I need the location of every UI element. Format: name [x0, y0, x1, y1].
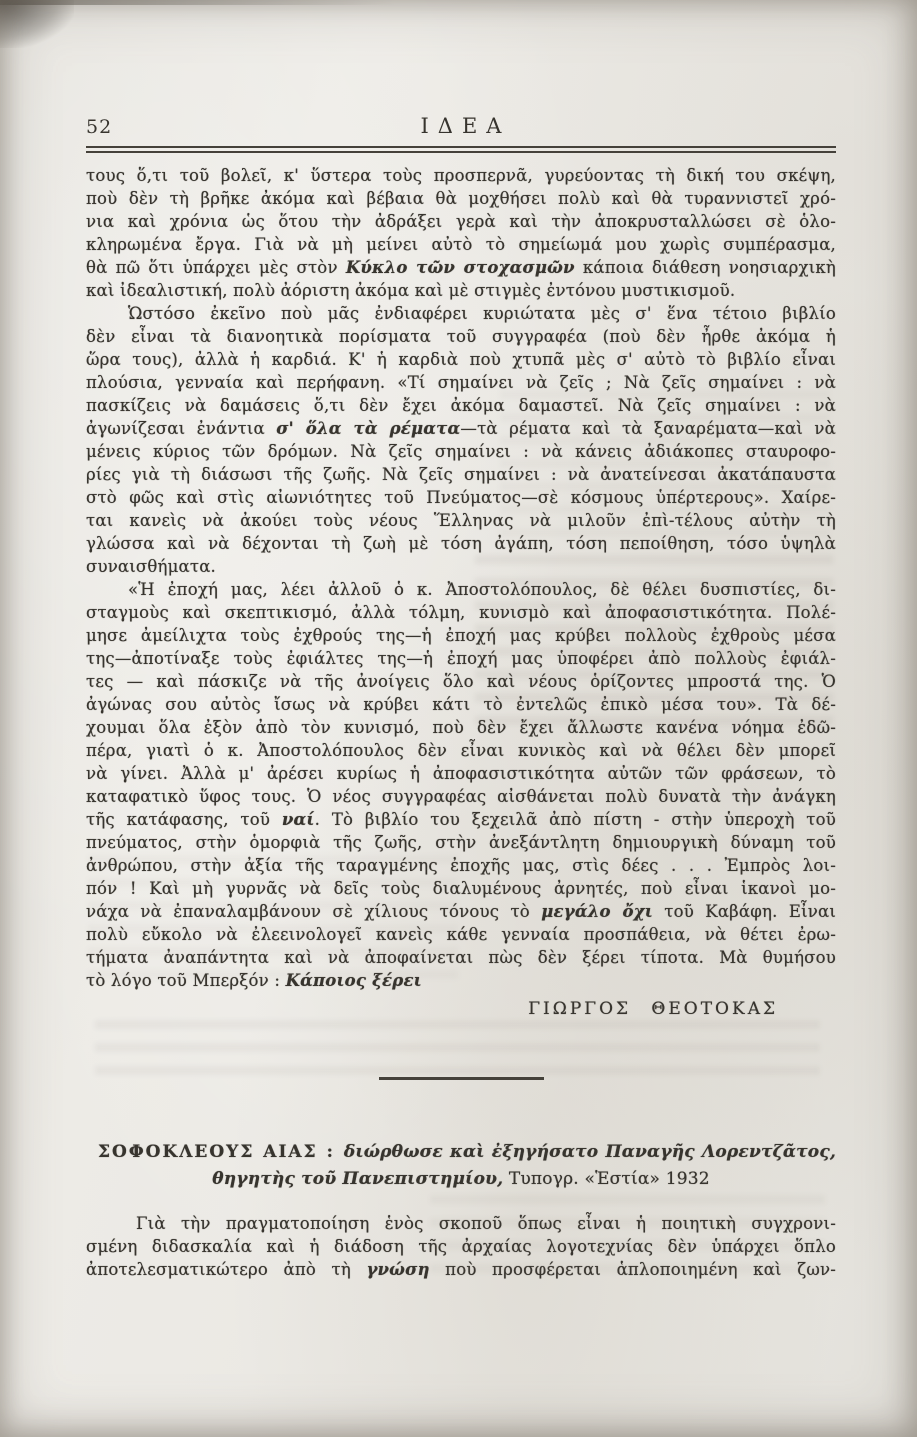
text-segment: τες — καὶ πάσκιζε νὰ τῆς ἀνοίγεις ὅλο κα…	[86, 672, 836, 691]
text-line: ὥρα τους), ἀλλὰ ἡ καρδιά. Κ' ἡ καρδιὰ πο…	[86, 348, 836, 371]
text-segment: νὰ γίνει. Ἀλλὰ μ' ἀρέσει κυρίως ἡ ἀποφασ…	[86, 764, 836, 783]
text-line: ρίες γιὰ τὴ διάσωσι τῆς ζωῆς. Νὰ ζεῖς ση…	[86, 463, 836, 486]
scanned-journal-page: 52 ΙΔΕΑ τους ὅ,τι τοῦ βολεῖ, κ' ὕστερα τ…	[0, 0, 917, 1437]
text-line: καὶ ἰδεαλιστική, πολὺ ἀόριστη ἀκόμα καὶ …	[86, 279, 836, 302]
text-segment: ποὺ δὲν τὴ βρῆκε ἀκόμα καὶ βέβαια θὰ μοχ…	[86, 189, 836, 208]
text-line: νάχα νὰ ἐπαναλαμβάνουν σὲ χίλιους τόνους…	[86, 900, 836, 923]
text-segment: ται κανεὶς νὰ ἀκούει τοὺς νέους Ἕλληνας …	[86, 511, 836, 530]
text-line: συναισθήματα.	[86, 555, 836, 578]
text-line: θὰ πῶ ὅτι ὑπάρχει μὲς στὸν Κύκλο τῶν στο…	[86, 256, 836, 279]
text-line: πόν ! Καὶ μὴ γυρνᾶς νὰ δεῖς τοὺς διαλυμέ…	[86, 877, 836, 900]
text-segment: μεγάλο ὄχι	[541, 902, 653, 921]
text-line: πολὺ εὔκολο νὰ ἐλεεινολογεῖ κανεὶς κάθε …	[86, 923, 836, 946]
text-line: χουμαι ὅλα ἐξὸν ἀπὸ τὸν κυνισμό, ποὺ δὲν…	[86, 716, 836, 739]
text-segment: γνώση	[366, 1260, 429, 1279]
text-segment: πόν ! Καὶ μὴ γυρνᾶς νὰ δεῖς τοὺς διαλυμέ…	[86, 879, 836, 898]
text-segment: ναί	[282, 810, 315, 829]
text-segment: σ' ὅλα τὰ ρέματα	[276, 419, 460, 438]
text-segment: μησε ἀμείλιχτα τοὺς ἐχθρούς της—ἡ ἐποχή …	[86, 626, 836, 645]
review-body: Γιὰ τὴν πραγματοποίηση ἑνὸς σκοποῦ ὅπως …	[86, 1212, 836, 1281]
text-segment: θὰ πῶ ὅτι ὑπάρχει μὲς στὸν	[86, 258, 346, 277]
page-content: 52 ΙΔΕΑ τους ὅ,τι τοῦ βολεῖ, κ' ὕστερα τ…	[86, 114, 836, 1281]
text-segment: πλούσια, γενναία καὶ περήφανη. «Τί σημαί…	[86, 373, 836, 392]
paragraph: ΣΟΦΟΚΛΕΟΥΣ ΑΙΑΣ : διώρθωσε καὶ ἐξηγήσατο…	[86, 1139, 836, 1193]
text-segment: ποὺ προσφέρεται ἁπλοποιημένη καὶ ζων-	[430, 1260, 836, 1279]
text-segment: τοῦ Καβάφη. Εἶναι	[653, 902, 836, 921]
text-segment: κληρωμένα ἔργα. Γιὰ νὰ μὴ μείνει αὐτὸ τὸ…	[86, 235, 836, 254]
header-double-rule	[86, 146, 836, 153]
text-segment: . Τὸ βιβλίο του ξεχειλᾶ ἀπὸ πίστη - στὴν…	[315, 810, 836, 829]
text-segment: πνεύματος, στὴν ὁμορφιὰ τῆς ζωῆς, στὴν ἀ…	[86, 833, 836, 852]
text-segment: τήματα ἀναπάντητα καὶ νὰ ἀποφαίνεται πὼς…	[86, 948, 836, 967]
text-line: Ὡστόσο ἐκεῖνο ποὺ μᾶς ἐνδιαφέρει κυριώτα…	[86, 302, 836, 325]
review-heading: ΣΟΦΟΚΛΕΟΥΣ ΑΙΑΣ : διώρθωσε καὶ ἐξηγήσατο…	[86, 1139, 836, 1193]
section-divider-rule	[379, 1077, 544, 1080]
text-segment: νια καὶ χρόνια ὡς ὅτου τὴν ἀδράξει γερὰ …	[86, 212, 836, 231]
text-line: τὸ λόγο τοῦ Μπερξόν : Κάποιος ξέρει	[86, 969, 836, 992]
text-line: νια καὶ χρόνια ὡς ὅτου τὴν ἀδράξει γερὰ …	[86, 210, 836, 233]
text-segment: νάχα νὰ ἐπαναλαμβάνουν σὲ χίλιους τόνους…	[86, 902, 541, 921]
text-segment: συναισθήματα.	[86, 557, 216, 576]
text-segment: Τυπογρ. «Ἑστία» 1932	[503, 1169, 710, 1189]
text-line: νὰ γίνει. Ἀλλὰ μ' ἀρέσει κυρίως ἡ ἀποφασ…	[86, 762, 836, 785]
text-segment: Γιὰ τὴν πραγματοποίηση ἑνὸς σκοποῦ ὅπως …	[136, 1214, 836, 1233]
text-line: ποὺ δὲν τὴ βρῆκε ἀκόμα καὶ βέβαια θὰ μοχ…	[86, 187, 836, 210]
author-signature: ΓΙΩΡΓΟΣ ΘΕΟΤΟΚΑΣ	[86, 998, 836, 1020]
journal-title: ΙΔΕΑ	[86, 114, 836, 138]
text-line: τους ὅ,τι τοῦ βολεῖ, κ' ὕστερα τοὺς προσ…	[86, 164, 836, 187]
text-line: τῆς κατάφασης, τοῦ ναί. Τὸ βιβλίο του ξε…	[86, 808, 836, 831]
text-segment: Κύκλο τῶν στοχασμῶν	[346, 258, 575, 277]
text-line: ἀποτελεσματικώτερο ἀπὸ τὴ γνώση ποὺ προσ…	[86, 1258, 836, 1281]
text-segment: τῆς κατάφασης, τοῦ	[86, 810, 282, 829]
paragraph: Ὡστόσο ἐκεῖνο ποὺ μᾶς ἐνδιαφέρει κυριώτα…	[86, 302, 836, 578]
text-line: ἀνθρώπου, στὴν ἀξία τῆς ταραγμένης ἐποχῆ…	[86, 854, 836, 877]
text-segment: σμένη διδασκαλία καὶ ἡ διάδοση τῆς ἀρχαί…	[86, 1237, 836, 1256]
text-segment: τους ὅ,τι τοῦ βολεῖ, κ' ὕστερα τοὺς προσ…	[86, 166, 836, 185]
text-line: ἀγωνίζεσαι ἐνάντια σ' ὅλα τὰ ρέματα—τὰ ρ…	[86, 417, 836, 440]
text-line: πασκίζεις νὰ δαμάσεις ὅ,τι δὲν ἔχει ἀκόμ…	[86, 394, 836, 417]
text-segment: γλώσσα καὶ νὰ δέχονται τὴ ζωὴ μὲ τόση ἀγ…	[86, 534, 836, 553]
text-segment: καταφατικὸ ὕφος τους. Ὁ νέος συγγραφέας …	[86, 787, 836, 806]
paragraph: τους ὅ,τι τοῦ βολεῖ, κ' ὕστερα τοὺς προσ…	[86, 164, 836, 302]
page-header: 52 ΙΔΕΑ	[86, 114, 836, 140]
text-line: πλούσια, γενναία καὶ περήφανη. «Τί σημαί…	[86, 371, 836, 394]
text-line: ται κανεὶς νὰ ἀκούει τοὺς νέους Ἕλληνας …	[86, 509, 836, 532]
text-segment: Ὡστόσο ἐκεῖνο ποὺ μᾶς ἐνδιαφέρει κυριώτα…	[128, 304, 836, 323]
text-segment: πέρα, γιατὶ ὁ κ. Ἀποστολόπουλος δὲν εἶνα…	[86, 741, 836, 760]
text-line: καταφατικὸ ὕφος τους. Ὁ νέος συγγραφέας …	[86, 785, 836, 808]
paragraph: Γιὰ τὴν πραγματοποίηση ἑνὸς σκοποῦ ὅπως …	[86, 1212, 836, 1281]
text-segment: πασκίζεις νὰ δαμάσεις ὅ,τι δὲν ἔχει ἀκόμ…	[86, 396, 836, 415]
text-line: σμένη διδασκαλία καὶ ἡ διάδοση τῆς ἀρχαί…	[86, 1235, 836, 1258]
text-segment: ἀποτελεσματικώτερο ἀπὸ τὴ	[86, 1260, 366, 1279]
text-segment: Κάποιος ξέρει	[286, 971, 422, 990]
text-segment: ἀγωνίζεσαι ἐνάντια	[86, 419, 276, 438]
text-segment: ΣΟΦΟΚΛΕΟΥΣ ΑΙΑΣ :	[98, 1142, 344, 1162]
text-line: μησε ἀμείλιχτα τοὺς ἐχθρούς της—ἡ ἐποχή …	[86, 624, 836, 647]
text-segment: δὲν εἶναι τὰ διανοητικὰ πορίσματα τοῦ συ…	[86, 327, 836, 346]
text-line: θηγητὴς τοῦ Πανεπιστημίου, Τυπογρ. «Ἑστί…	[86, 1166, 836, 1193]
text-segment: πολὺ εὔκολο νὰ ἐλεεινολογεῖ κανεὶς κάθε …	[86, 925, 836, 944]
text-segment: καὶ ἰδεαλιστική, πολὺ ἀόριστη ἀκόμα καὶ …	[86, 281, 735, 300]
text-line: στὸ φῶς καὶ στὶς αἰωνιότητες τοῦ Πνεύματ…	[86, 486, 836, 509]
text-segment: κάποια διάθεση νοησιαρχικὴ	[575, 258, 836, 277]
paragraph: «Ἡ ἐποχή μας, λέει ἀλλοῦ ὁ κ. Ἀποστολόπο…	[86, 578, 836, 992]
text-line: πέρα, γιατὶ ὁ κ. Ἀποστολόπουλος δὲν εἶνα…	[86, 739, 836, 762]
scan-corner-smudge	[0, 0, 74, 48]
text-line: κληρωμένα ἔργα. Γιὰ νὰ μὴ μείνει αὐτὸ τὸ…	[86, 233, 836, 256]
text-segment: της—ἀποτίναξε τοὺς ἐφιάλτες της—ἡ ἐποχή …	[86, 649, 836, 668]
text-segment: ρίες γιὰ τὴ διάσωσι τῆς ζωῆς. Νὰ ζεῖς ση…	[86, 465, 836, 484]
text-line: Γιὰ τὴν πραγματοποίηση ἑνὸς σκοποῦ ὅπως …	[86, 1212, 836, 1235]
text-segment: «Ἡ ἐποχή μας, λέει ἀλλοῦ ὁ κ. Ἀποστολόπο…	[128, 580, 836, 599]
scan-top-edge-shadow	[0, 0, 430, 5]
text-segment: χουμαι ὅλα ἐξὸν ἀπὸ τὸν κυνισμό, ποὺ δὲν…	[86, 718, 836, 737]
text-line: «Ἡ ἐποχή μας, λέει ἀλλοῦ ὁ κ. Ἀποστολόπο…	[86, 578, 836, 601]
text-line: σταγμοὺς καὶ σκεπτικισμό, ἀλλὰ τόλμη, κυ…	[86, 601, 836, 624]
text-line: γλώσσα καὶ νὰ δέχονται τὴ ζωὴ μὲ τόση ἀγ…	[86, 532, 836, 555]
text-line: τες — καὶ πάσκιζε νὰ τῆς ἀνοίγεις ὅλο κα…	[86, 670, 836, 693]
text-segment: μένεις κύριος τῶν δρόμων. Νὰ ζεῖς σημαίν…	[86, 442, 836, 461]
text-segment: ἀγώνας σου αὐτὸς ἴσως νὰ κρύβει κάτι τὸ …	[86, 695, 836, 714]
text-segment: ὥρα τους), ἀλλὰ ἡ καρδιά. Κ' ἡ καρδιὰ πο…	[86, 350, 836, 369]
text-segment: τὸ λόγο τοῦ Μπερξόν :	[86, 971, 286, 990]
text-line: πνεύματος, στὴν ὁμορφιὰ τῆς ζωῆς, στὴν ἀ…	[86, 831, 836, 854]
text-line: δὲν εἶναι τὰ διανοητικὰ πορίσματα τοῦ συ…	[86, 325, 836, 348]
text-line: της—ἀποτίναξε τοὺς ἐφιάλτες της—ἡ ἐποχή …	[86, 647, 836, 670]
text-line: ΣΟΦΟΚΛΕΟΥΣ ΑΙΑΣ : διώρθωσε καὶ ἐξηγήσατο…	[86, 1139, 836, 1166]
text-segment: σταγμοὺς καὶ σκεπτικισμό, ἀλλὰ τόλμη, κυ…	[86, 603, 836, 622]
article-body: τους ὅ,τι τοῦ βολεῖ, κ' ὕστερα τοὺς προσ…	[86, 164, 836, 992]
text-line: τήματα ἀναπάντητα καὶ νὰ ἀποφαίνεται πὼς…	[86, 946, 836, 969]
text-segment: —τὰ ρέματα καὶ τὰ ξαναρέματα—καὶ νὰ	[460, 419, 836, 438]
text-line: ἀγώνας σου αὐτὸς ἴσως νὰ κρύβει κάτι τὸ …	[86, 693, 836, 716]
text-segment: ἀνθρώπου, στὴν ἀξία τῆς ταραγμένης ἐποχῆ…	[86, 856, 836, 875]
text-line: μένεις κύριος τῶν δρόμων. Νὰ ζεῖς σημαίν…	[86, 440, 836, 463]
text-segment: στὸ φῶς καὶ στὶς αἰωνιότητες τοῦ Πνεύματ…	[86, 488, 836, 507]
text-segment: θηγητὴς τοῦ Πανεπιστημίου,	[212, 1169, 503, 1189]
